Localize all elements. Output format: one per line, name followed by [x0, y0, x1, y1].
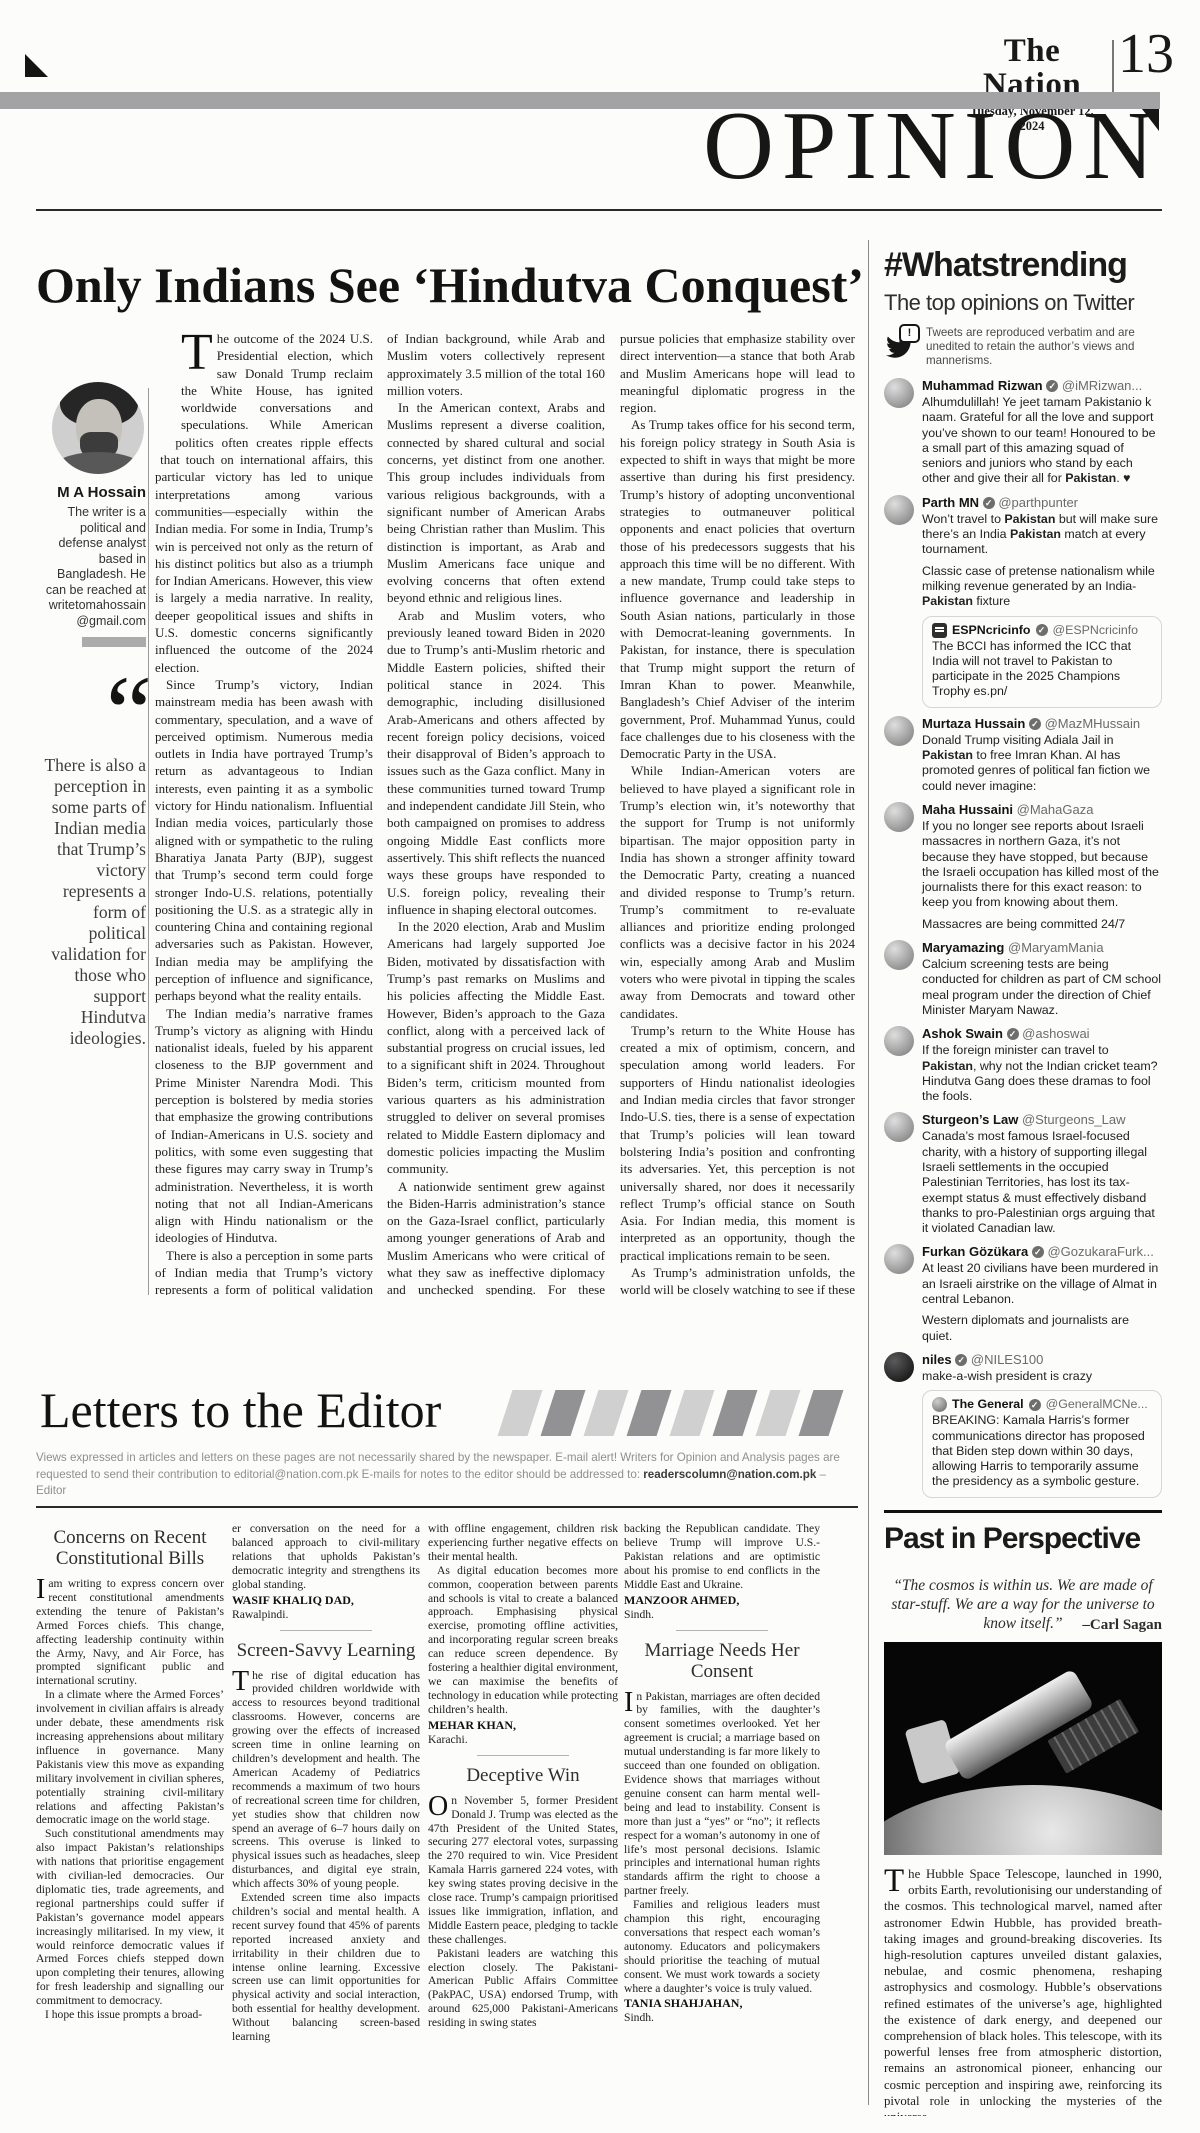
avatar	[884, 378, 914, 408]
tweet-text: Classic case of pretense nationalism whi…	[922, 564, 1162, 610]
tweet-author: Murtaza Hussain	[922, 716, 1025, 731]
letter-paragraph: backing the Republican candidate. They b…	[624, 1522, 820, 1592]
avatar	[884, 1112, 914, 1142]
tweet-handle: @GozukaraFurk...	[1047, 1244, 1153, 1259]
quoted-author: ESPNcricinfo	[952, 623, 1031, 638]
note-text: Tweets are reproduced verbatim and are u…	[926, 326, 1162, 368]
tweet-author: niles	[922, 1352, 952, 1367]
avatar	[884, 716, 914, 746]
letter-signature: MANZOOR AHMED,	[624, 1593, 820, 1608]
letter-signature: MEHAR KHAN,	[428, 1718, 618, 1733]
verified-icon: ✓	[1046, 380, 1058, 392]
letters-column-3: with offline engagement, children risk e…	[428, 1522, 618, 2133]
exclamation-bubble-icon: !	[899, 324, 920, 343]
quoted-text: The BCCI has informed the ICC that India…	[932, 639, 1152, 700]
letter-heading: Marriage Needs Her Consent	[624, 1640, 820, 1682]
twitter-bird-icon: !	[884, 326, 918, 362]
avatar	[884, 1244, 914, 1274]
letter-heading: Concerns on Recent Constitutional Bills	[36, 1527, 224, 1569]
verified-icon: ✓	[1036, 624, 1048, 636]
author-rule	[82, 637, 146, 647]
tweet-author: Sturgeon’s Law	[922, 1112, 1018, 1127]
letter-paragraph: Pakistani leaders are watching this elec…	[428, 1947, 618, 2030]
article-paragraph: In the 2020 election, Arab and Muslim Am…	[387, 918, 605, 1177]
article-paragraph: Trump’s return to the White House has cr…	[620, 1022, 855, 1264]
tweet-handle: @NILES100	[971, 1352, 1043, 1367]
tweet-handle: @iMRizwan...	[1062, 378, 1142, 393]
tweet-text: make-a-wish president is crazy	[922, 1369, 1162, 1384]
letters-rule	[36, 1506, 858, 1508]
letter-divider	[477, 1755, 569, 1756]
masthead-divider	[1112, 40, 1114, 92]
letters-disclaimer: Views expressed in articles and letters …	[36, 1450, 858, 1500]
tweet-handle: @parthpunter	[998, 495, 1078, 510]
article-paragraph: The outcome of the 2024 U.S. Presidentia…	[155, 330, 373, 676]
article-column-1: The outcome of the 2024 U.S. Presidentia…	[155, 330, 373, 1295]
tweet: Murtaza Hussain ✓ @MazMHussain Donald Tr…	[884, 716, 1162, 794]
whatstrending-note: ! Tweets are reproduced verbatim and are…	[884, 326, 1162, 368]
tweet-text: Won’t travel to Pakistan but will make s…	[922, 512, 1162, 558]
drop-cap: T	[181, 330, 217, 374]
verified-icon: ✓	[1029, 718, 1041, 730]
tweet-text: Donald Trump visiting Adiala Jail in Pak…	[922, 733, 1162, 794]
article-paragraph: pursue policies that emphasize stability…	[620, 330, 855, 416]
letter-paragraph: Families and religious leaders must cham…	[624, 1898, 820, 1995]
letters-column-4: backing the Republican candidate. They b…	[624, 1522, 820, 2133]
article-paragraph: A nationwide sentiment grew against the …	[387, 1178, 605, 1295]
newspaper-page: The Nation Tuesday, November 12, 2024 13…	[0, 0, 1200, 2133]
past-separator	[884, 1510, 1162, 1513]
letter-signature-city: Sindh.	[624, 1608, 820, 1621]
avatar	[884, 802, 914, 832]
tweet-author: Ashok Swain	[922, 1026, 1003, 1041]
drop-cap: T	[232, 1669, 252, 1694]
avatar	[884, 1026, 914, 1056]
tweet: niles ✓ @NILES100 make-a-wish president …	[884, 1352, 1162, 1498]
quoted-handle: @ESPNcricinfo	[1053, 623, 1139, 638]
section-rule	[36, 209, 1162, 211]
quoted-tweet: ESPNcricinfo ✓ @ESPNcricinfo The BCCI ha…	[922, 616, 1162, 708]
drop-cap: O	[428, 1794, 451, 1819]
quote-mark-icon	[36, 693, 146, 733]
author-photo	[52, 382, 144, 474]
verified-icon: ✓	[983, 497, 995, 509]
pull-quote: There is also a perception in some parts…	[36, 693, 146, 1049]
tweet-handle: @ashoswai	[1022, 1026, 1089, 1041]
tweet: Ashok Swain ✓ @ashoswai If the foreign m…	[884, 1026, 1162, 1104]
tweet-author: Maryamazing	[922, 940, 1004, 955]
verified-icon: ✓	[1032, 1246, 1044, 1258]
page-number: 13	[1118, 24, 1166, 84]
tweet-handle: @MahaGaza	[1017, 802, 1094, 817]
whatstrending-subtitle: The top opinions on Twitter	[884, 290, 1162, 316]
avatar	[932, 1397, 947, 1412]
article-column-2: of Indian background, while Arab and Mus…	[387, 330, 605, 1295]
letter-signature-city: Karachi.	[428, 1733, 618, 1746]
tweet-author: Parth MN	[922, 495, 979, 510]
drop-cap: I	[36, 1577, 48, 1602]
quoted-handle: @GeneralMCNe...	[1046, 1397, 1148, 1412]
letter-paragraph: Such constitutional amendments may also …	[36, 1827, 224, 2008]
tweet-text: Canada’s most famous Israel-focused char…	[922, 1129, 1162, 1236]
letters-column-1: Concerns on Recent Constitutional Bills …	[36, 1522, 224, 2133]
letter-divider	[676, 1630, 768, 1631]
article-paragraph: The Indian media’s narrative frames Trum…	[155, 1005, 373, 1247]
tweet: Muhammad Rizwan ✓ @iMRizwan... Alhumduli…	[884, 378, 1162, 487]
tweet-handle: @MaryamMania	[1008, 940, 1104, 955]
letter-paragraph: The rise of digital education has provid…	[232, 1669, 420, 1892]
author-name: M A Hossain	[36, 484, 146, 501]
tweet-author: Muhammad Rizwan	[922, 378, 1043, 393]
letter-heading: Screen-Savvy Learning	[232, 1640, 420, 1661]
tweet-list: Muhammad Rizwan ✓ @iMRizwan... Alhumduli…	[884, 378, 1162, 1502]
author-column: M A Hossain The writer is a political an…	[36, 330, 146, 1049]
article-paragraph: As Trump’s administration unfolds, the w…	[620, 1264, 855, 1295]
tweet-text: Alhumdulillah! Ye jeet tamam Pakistanio …	[922, 395, 1162, 487]
letter-paragraph: er conversation on the need for a balanc…	[232, 1522, 420, 1592]
tweet: Furkan Gözükara ✓ @GozukaraFurk... At le…	[884, 1244, 1162, 1343]
quoted-text: BREAKING: Kamala Harris’s former communi…	[932, 1413, 1152, 1489]
letter-paragraph: As digital education becomes more common…	[428, 1564, 618, 1717]
espncricinfo-logo-icon	[932, 623, 947, 638]
tweet-author: Maha Hussaini	[922, 802, 1013, 817]
article-paragraph: While Indian-American voters are believe…	[620, 762, 855, 1021]
letters-title-stripes	[505, 1390, 836, 1436]
avatar	[884, 495, 914, 525]
article-paragraph: Since Trump’s victory, Indian mainstream…	[155, 676, 373, 1005]
section-title: OPINION	[703, 96, 1162, 196]
tweet-author: Furkan Gözükara	[922, 1244, 1028, 1259]
tweet: Maryamazing @MaryamMania Calcium screeni…	[884, 940, 1162, 1018]
letter-signature: WASIF KHALIQ DAD,	[232, 1593, 420, 1608]
tweet: Maha Hussaini @MahaGaza If you no longer…	[884, 802, 1162, 932]
avatar	[884, 940, 914, 970]
past-title: Past in Perspective	[884, 1522, 1162, 1556]
letter-signature-city: Rawalpindi.	[232, 1608, 420, 1621]
author-bio: The writer is a political and defense an…	[36, 505, 146, 629]
letter-paragraph: On November 5, former President Donald J…	[428, 1794, 618, 1947]
tweet-text: Western diplomats and journalists are qu…	[922, 1313, 1162, 1344]
pull-quote-text: There is also a perception in some parts…	[36, 755, 146, 1049]
quoted-author: The General	[952, 1397, 1024, 1412]
sidebar-rule	[868, 240, 869, 2105]
verified-icon: ✓	[955, 1354, 967, 1366]
verified-icon: ✓	[1007, 1028, 1019, 1040]
article-title: Only Indians See ‘Hindutva Conquest’	[36, 256, 858, 314]
letter-signature-city: Sindh.	[624, 2011, 820, 2024]
letter-paragraph: In Pakistan, marriages are often decided…	[624, 1690, 820, 1899]
column-rule	[148, 388, 149, 1295]
letter-divider	[280, 1630, 372, 1631]
tweet: Parth MN ✓ @parthpunter Won’t travel to …	[884, 495, 1162, 708]
tweet-text: Massacres are being committed 24/7	[922, 917, 1162, 932]
letter-paragraph: In a climate where the Armed Forces’ inv…	[36, 1688, 224, 1827]
letter-paragraph: I hope this issue prompts a broad-	[36, 2008, 224, 2022]
article-paragraph: In the American context, Arabs and Musli…	[387, 399, 605, 607]
past-quote-attribution: –Carl Sagan	[884, 1617, 1162, 1634]
verified-icon: ✓	[1029, 1399, 1041, 1411]
avatar	[884, 1352, 914, 1382]
whatstrending-title: #Whatstrending	[884, 246, 1162, 285]
article-paragraph: There is also a perception in some parts…	[155, 1247, 373, 1295]
article-paragraph: of Indian background, while Arab and Mus…	[387, 330, 605, 399]
drop-cap: T	[884, 1866, 908, 1895]
tweet-text: Calcium screening tests are being conduc…	[922, 957, 1162, 1018]
tweet-text: If the foreign minister can travel to Pa…	[922, 1043, 1162, 1104]
hubble-telescope-photo	[884, 1642, 1162, 1855]
letters-title: Letters to the Editor	[40, 1382, 441, 1438]
letter-paragraph: Extended screen time also impacts childr…	[232, 1891, 420, 2044]
letter-paragraph: Iam writing to express concern over rece…	[36, 1577, 224, 1688]
letter-heading: Deceptive Win	[428, 1765, 618, 1786]
article-paragraph: Arab and Muslim voters, who previously l…	[387, 607, 605, 918]
article-paragraph: As Trump takes office for his second ter…	[620, 416, 855, 762]
letters-column-2: er conversation on the need for a balanc…	[232, 1522, 420, 2133]
letter-paragraph: with offline engagement, children risk e…	[428, 1522, 618, 1564]
tweet-text: If you no longer see reports about Israe…	[922, 819, 1162, 911]
corner-flag-icon	[25, 54, 48, 77]
tweet-text: At least 20 civilians have been murdered…	[922, 1261, 1162, 1307]
article-column-3: pursue policies that emphasize stability…	[620, 330, 855, 1295]
drop-cap: I	[624, 1690, 636, 1715]
photo-shoulders	[54, 452, 142, 474]
tweet-handle: @Sturgeons_Law	[1022, 1112, 1126, 1127]
tweet-handle: @MazMHussain	[1045, 716, 1141, 731]
past-body: The Hubble Space Telescope, launched in …	[884, 1866, 1162, 2116]
quoted-tweet: The General ✓ @GeneralMCNe... BREAKING: …	[922, 1390, 1162, 1497]
tweet: Sturgeon’s Law @Sturgeons_Law Canada’s m…	[884, 1112, 1162, 1236]
letter-signature: TANIA SHAHJAHAN,	[624, 1996, 820, 2011]
